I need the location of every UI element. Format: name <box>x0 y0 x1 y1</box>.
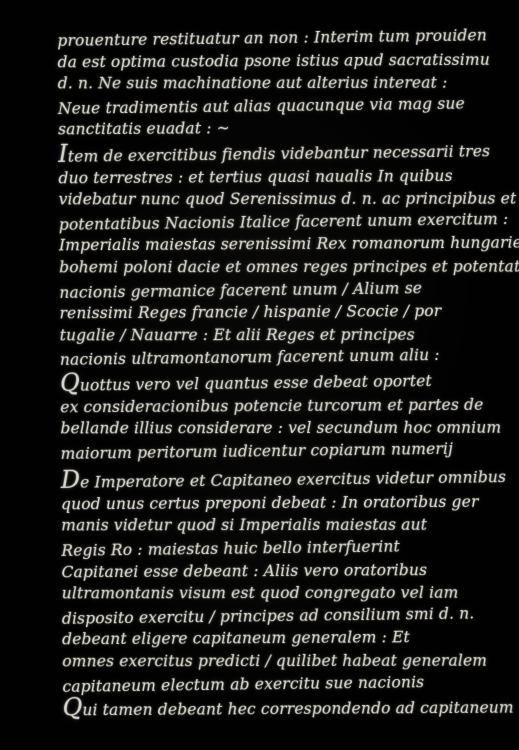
manuscript-paragraph-de-exercitibus: Item de exercitibus fiendis videbantur n… <box>58 138 502 370</box>
manuscript-paragraph-custodia: prouenture restituatur an non : Interim … <box>57 25 500 141</box>
manuscript-paragraph-quottus: Quottus vero vel quantus esse debeat opo… <box>60 367 503 464</box>
manuscript-paragraph-de-imperatore: De Imperatore et Capitaneo exercitus vid… <box>61 465 505 723</box>
manuscript-line: bohemi poloni dacie et omnes reges princ… <box>59 256 501 279</box>
manuscript-line: debeant eligere capitaneum generalem : E… <box>62 626 504 651</box>
manuscript-line: Capitanei esse debeant : Aliis vero orat… <box>61 558 503 583</box>
manuscript-line: maiorum peritorum iudicentur copiarum nu… <box>60 437 502 465</box>
manuscript-line: Imperialis maiestas serenissimi Rex roma… <box>59 232 501 257</box>
manuscript-line: omnes exercitus predicti / quilibet habe… <box>62 650 504 673</box>
manuscript-line: Qui tamen debeant hec correspondendo ad … <box>63 694 505 722</box>
manuscript-photo: { "colors": { "background": "#010101", "… <box>0 0 519 750</box>
manuscript-line: renissimi Reges francie / hispanie / Sco… <box>59 300 501 325</box>
manuscript-text-block: prouenture restituatur an non : Interim … <box>57 25 504 722</box>
manuscript-line: Item de exercitibus fiendis videbantur n… <box>58 137 500 168</box>
manuscript-line: bellande illius considerare : vel secund… <box>60 417 502 440</box>
manuscript-line: Quottus vero vel quantus esse debeat opo… <box>60 366 502 397</box>
manuscript-line: duo terrestres : et tertius quasi nauali… <box>58 164 500 189</box>
manuscript-line: ultramontanis visum est quod congregato … <box>62 582 504 605</box>
manuscript-line: d. n. Ne suis machinatione aut alterius … <box>58 72 500 95</box>
manuscript-line: quod unus certus preponi debeat : In ora… <box>61 491 503 516</box>
manuscript-line: da est optima custodia psone istius apud… <box>57 48 499 73</box>
manuscript-line: manis videtur quod si Imperialis maiesta… <box>61 514 503 537</box>
manuscript-line: videbatur nunc quod Serenissimus d. n. a… <box>59 188 501 211</box>
manuscript-line: ex consideracionibus potencie turcorum e… <box>60 393 502 418</box>
